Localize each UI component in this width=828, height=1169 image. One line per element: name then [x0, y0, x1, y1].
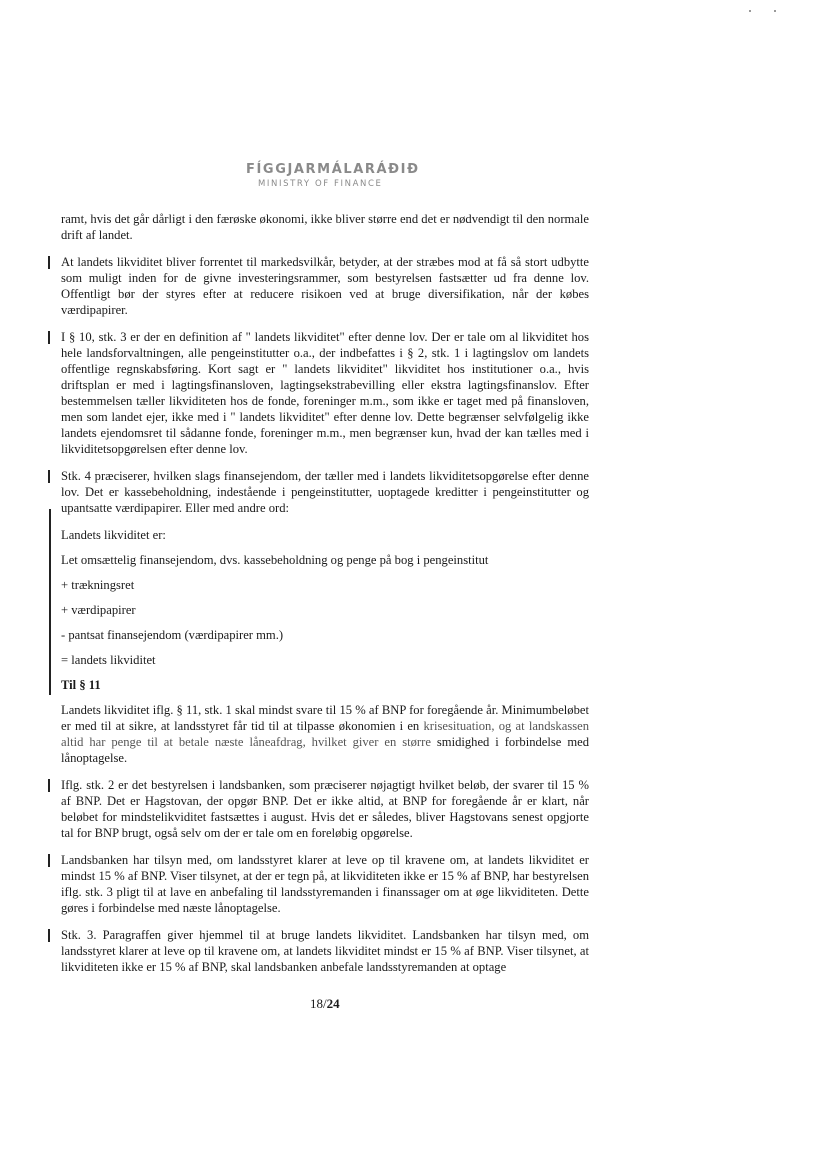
paragraph: At landets likviditet bliver forrentet t… [61, 254, 589, 318]
paragraph: Landets likviditet iflg. § 11, stk. 1 sk… [61, 702, 589, 766]
formula-intro: Landets likviditet er: [61, 527, 589, 543]
formula-line: - pantsat finansejendom (værdipapirer mm… [61, 627, 589, 643]
change-bar [48, 256, 50, 269]
change-bar [48, 779, 50, 792]
formula-line: + værdipapirer [61, 602, 589, 618]
paragraph: I § 10, stk. 3 er der en definition af "… [61, 329, 589, 457]
ministry-name-english: MINISTRY OF FINANCE [258, 179, 382, 189]
formula-line: = landets likviditet [61, 652, 589, 668]
scan-speck [749, 10, 751, 12]
scan-speck [774, 10, 776, 12]
change-bar [48, 929, 50, 942]
section-heading: Til § 11 [61, 677, 589, 693]
change-bar [48, 331, 50, 344]
paragraph: Stk. 3. Paragraffen giver hjemmel til at… [61, 927, 589, 975]
document-body: ramt, hvis det går dårligt i den færøske… [61, 211, 589, 986]
ministry-name-faroese: FÍGGJARMÁLARÁÐIÐ [246, 162, 420, 177]
paragraph: Iflg. stk. 2 er det bestyrelsen i landsb… [61, 777, 589, 841]
change-bar [48, 854, 50, 867]
formula-line: + trækningsret [61, 577, 589, 593]
change-bar [48, 470, 50, 483]
page-number: 18/24 [310, 996, 340, 1012]
change-bar [49, 509, 51, 695]
paragraph: Stk. 4 præciserer, hvilken slags finanse… [61, 468, 589, 516]
paragraph: ramt, hvis det går dårligt i den færøske… [61, 211, 589, 243]
paragraph: Landsbanken har tilsyn med, om landsstyr… [61, 852, 589, 916]
formula-line: Let omsættelig finansejendom, dvs. kasse… [61, 552, 589, 568]
